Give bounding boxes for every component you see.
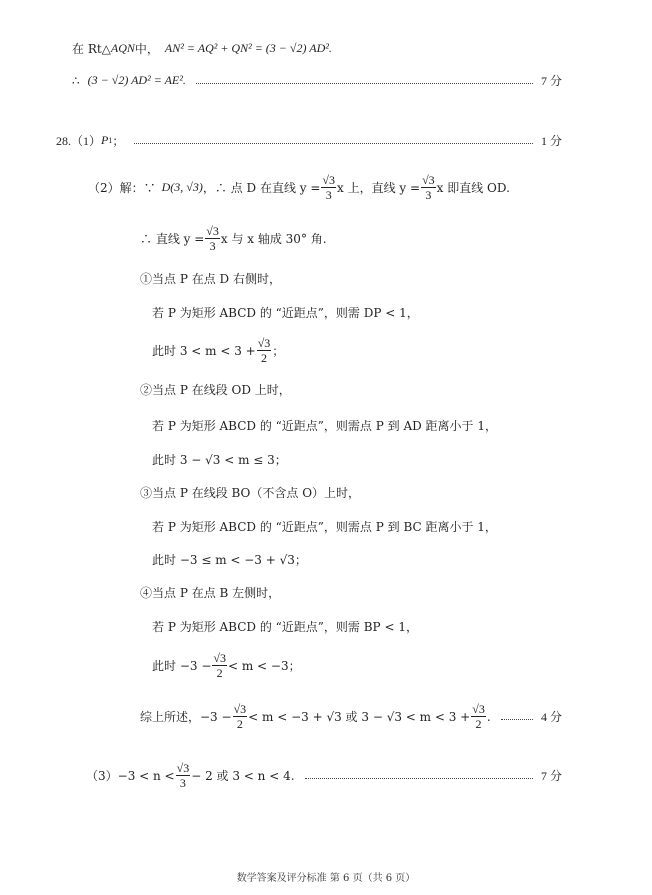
- denominator: 2: [237, 717, 243, 730]
- text: x 与 x 轴成 30° 角.: [221, 230, 327, 247]
- text: − 2 或 3 < n < 4.: [191, 767, 294, 784]
- fraction: √32: [257, 337, 272, 364]
- fraction: √32: [233, 703, 248, 730]
- text: ；: [272, 342, 284, 359]
- line-part3: （3）−3 < n < √33 − 2 或 3 < n < 4. 7 分: [86, 762, 562, 789]
- case-1-title: ①当点 P 在点 D 右侧时，: [140, 270, 281, 287]
- case-3-condition: 若 P 为矩形 ABCD 的 “近距点”，则需点 P 到 BC 距离小于 1，: [152, 518, 497, 535]
- case-1-condition: 若 P 为矩形 ABCD 的 “近距点”，则需 DP < 1，: [152, 304, 419, 321]
- text: ，∴ 点 D 在直线 y =: [203, 179, 321, 196]
- text: x 上，直线 y =: [337, 179, 420, 196]
- score-label: 1 分: [541, 132, 562, 149]
- answer-point: P: [101, 133, 108, 148]
- case-1-result: 此时 3 < m < 3 + √32 ；: [152, 337, 284, 364]
- dot-leader: [305, 778, 533, 779]
- line-conclusion-7: ∴ (3 − √2) AD² = AE². 7 分: [72, 72, 562, 89]
- line-q28-part1: 28.（1） P1 ； 1 分: [56, 132, 562, 149]
- denominator: 3: [326, 188, 332, 201]
- text: 若 P 为矩形 ABCD 的 “近距点”，则需点 P 到 BC 距离小于 1，: [152, 518, 497, 535]
- line-pythagoras: 在 Rt△ AQN 中， AN² = AQ² + QN² = (3 − √2) …: [72, 40, 332, 57]
- text: 若 P 为矩形 ABCD 的 “近距点”，则需 BP < 1，: [152, 618, 418, 635]
- text: ③当点 P 在线段 BO（不含点 O）上时，: [140, 484, 360, 501]
- denominator: 3: [425, 188, 431, 201]
- fraction: √33: [321, 174, 336, 201]
- therefore-symbol: ∴: [72, 74, 80, 88]
- case-4-result: 此时 −3 − √32 < m < −3；: [152, 652, 301, 679]
- text: ；: [112, 132, 124, 149]
- equation: (3 − √2) AD² = AE².: [88, 73, 186, 88]
- score-label: 4 分: [541, 708, 562, 725]
- page-footer: 数学答案及评分标准 第 6 页（共 6 页）: [0, 869, 652, 884]
- text: ∴ 直线 y =: [140, 230, 204, 247]
- text: 中，: [135, 40, 159, 57]
- text: （2）解：∵: [88, 179, 156, 196]
- text: 此时 3 − √3 < m ≤ 3；: [152, 451, 287, 468]
- equation: AN² = AQ² + QN² = (3 − √2) AD².: [165, 41, 332, 56]
- text: 若 P 为矩形 ABCD 的 “近距点”，则需点 P 到 AD 距离小于 1，: [152, 417, 497, 434]
- denominator: 3: [180, 776, 186, 789]
- score-label: 7 分: [541, 767, 562, 784]
- numerator: √3: [321, 174, 336, 188]
- numerator: √3: [212, 652, 227, 666]
- line-part2-intro: （2）解：∵ D(3, √3) ，∴ 点 D 在直线 y = √33 x 上，直…: [88, 174, 510, 201]
- text: 综上所述，−3 −: [140, 708, 232, 725]
- text: .: [487, 710, 491, 724]
- case-3-result: 此时 −3 ≤ m < −3 + √3；: [152, 551, 307, 568]
- fraction: √33: [205, 225, 220, 252]
- text: < m < −3 + √3 或 3 − √3 < m < 3 +: [248, 708, 470, 725]
- fraction: √33: [176, 762, 191, 789]
- fraction: √32: [212, 652, 227, 679]
- case-4-condition: 若 P 为矩形 ABCD 的 “近距点”，则需 BP < 1，: [152, 618, 418, 635]
- denominator: 2: [217, 666, 223, 679]
- dot-leader: [501, 719, 533, 720]
- fraction: √33: [421, 174, 436, 201]
- text: ④当点 P 在点 B 左侧时，: [140, 584, 280, 601]
- denominator: 2: [476, 717, 482, 730]
- text: 此时 −3 −: [152, 657, 211, 674]
- text: 此时 3 < m < 3 +: [152, 342, 256, 359]
- score-label: 7 分: [541, 72, 562, 89]
- numerator: √3: [471, 703, 486, 717]
- text: ①当点 P 在点 D 右侧时，: [140, 270, 281, 287]
- case-3-title: ③当点 P 在线段 BO（不含点 O）上时，: [140, 484, 360, 501]
- dot-leader: [196, 83, 533, 84]
- point-D: D(3, √3): [162, 180, 203, 195]
- question-number: 28.（1）: [56, 132, 101, 149]
- numerator: √3: [176, 762, 191, 776]
- numerator: √3: [205, 225, 220, 239]
- fraction: √32: [471, 703, 486, 730]
- line-summary: 综上所述，−3 − √32 < m < −3 + √3 或 3 − √3 < m…: [140, 703, 562, 730]
- numerator: √3: [233, 703, 248, 717]
- numerator: √3: [257, 337, 272, 351]
- dot-leader: [134, 143, 533, 144]
- case-2-condition: 若 P 为矩形 ABCD 的 “近距点”，则需点 P 到 AD 距离小于 1，: [152, 417, 497, 434]
- numerator: √3: [421, 174, 436, 188]
- case-2-result: 此时 3 − √3 < m ≤ 3；: [152, 451, 287, 468]
- case-4-title: ④当点 P 在点 B 左侧时，: [140, 584, 280, 601]
- line-angle-30: ∴ 直线 y = √33 x 与 x 轴成 30° 角.: [140, 225, 327, 252]
- text: （3）−3 < n <: [86, 767, 175, 784]
- denominator: 2: [261, 351, 267, 364]
- triangle-name: AQN: [111, 41, 135, 56]
- text: < m < −3；: [228, 657, 301, 674]
- text: 在 Rt△: [72, 40, 111, 57]
- denominator: 3: [210, 239, 216, 252]
- text: x 即直线 OD.: [437, 179, 510, 196]
- text: ②当点 P 在线段 OD 上时，: [140, 381, 291, 398]
- text: 若 P 为矩形 ABCD 的 “近距点”，则需 DP < 1，: [152, 304, 419, 321]
- case-2-title: ②当点 P 在线段 OD 上时，: [140, 381, 291, 398]
- text: 此时 −3 ≤ m < −3 + √3；: [152, 551, 307, 568]
